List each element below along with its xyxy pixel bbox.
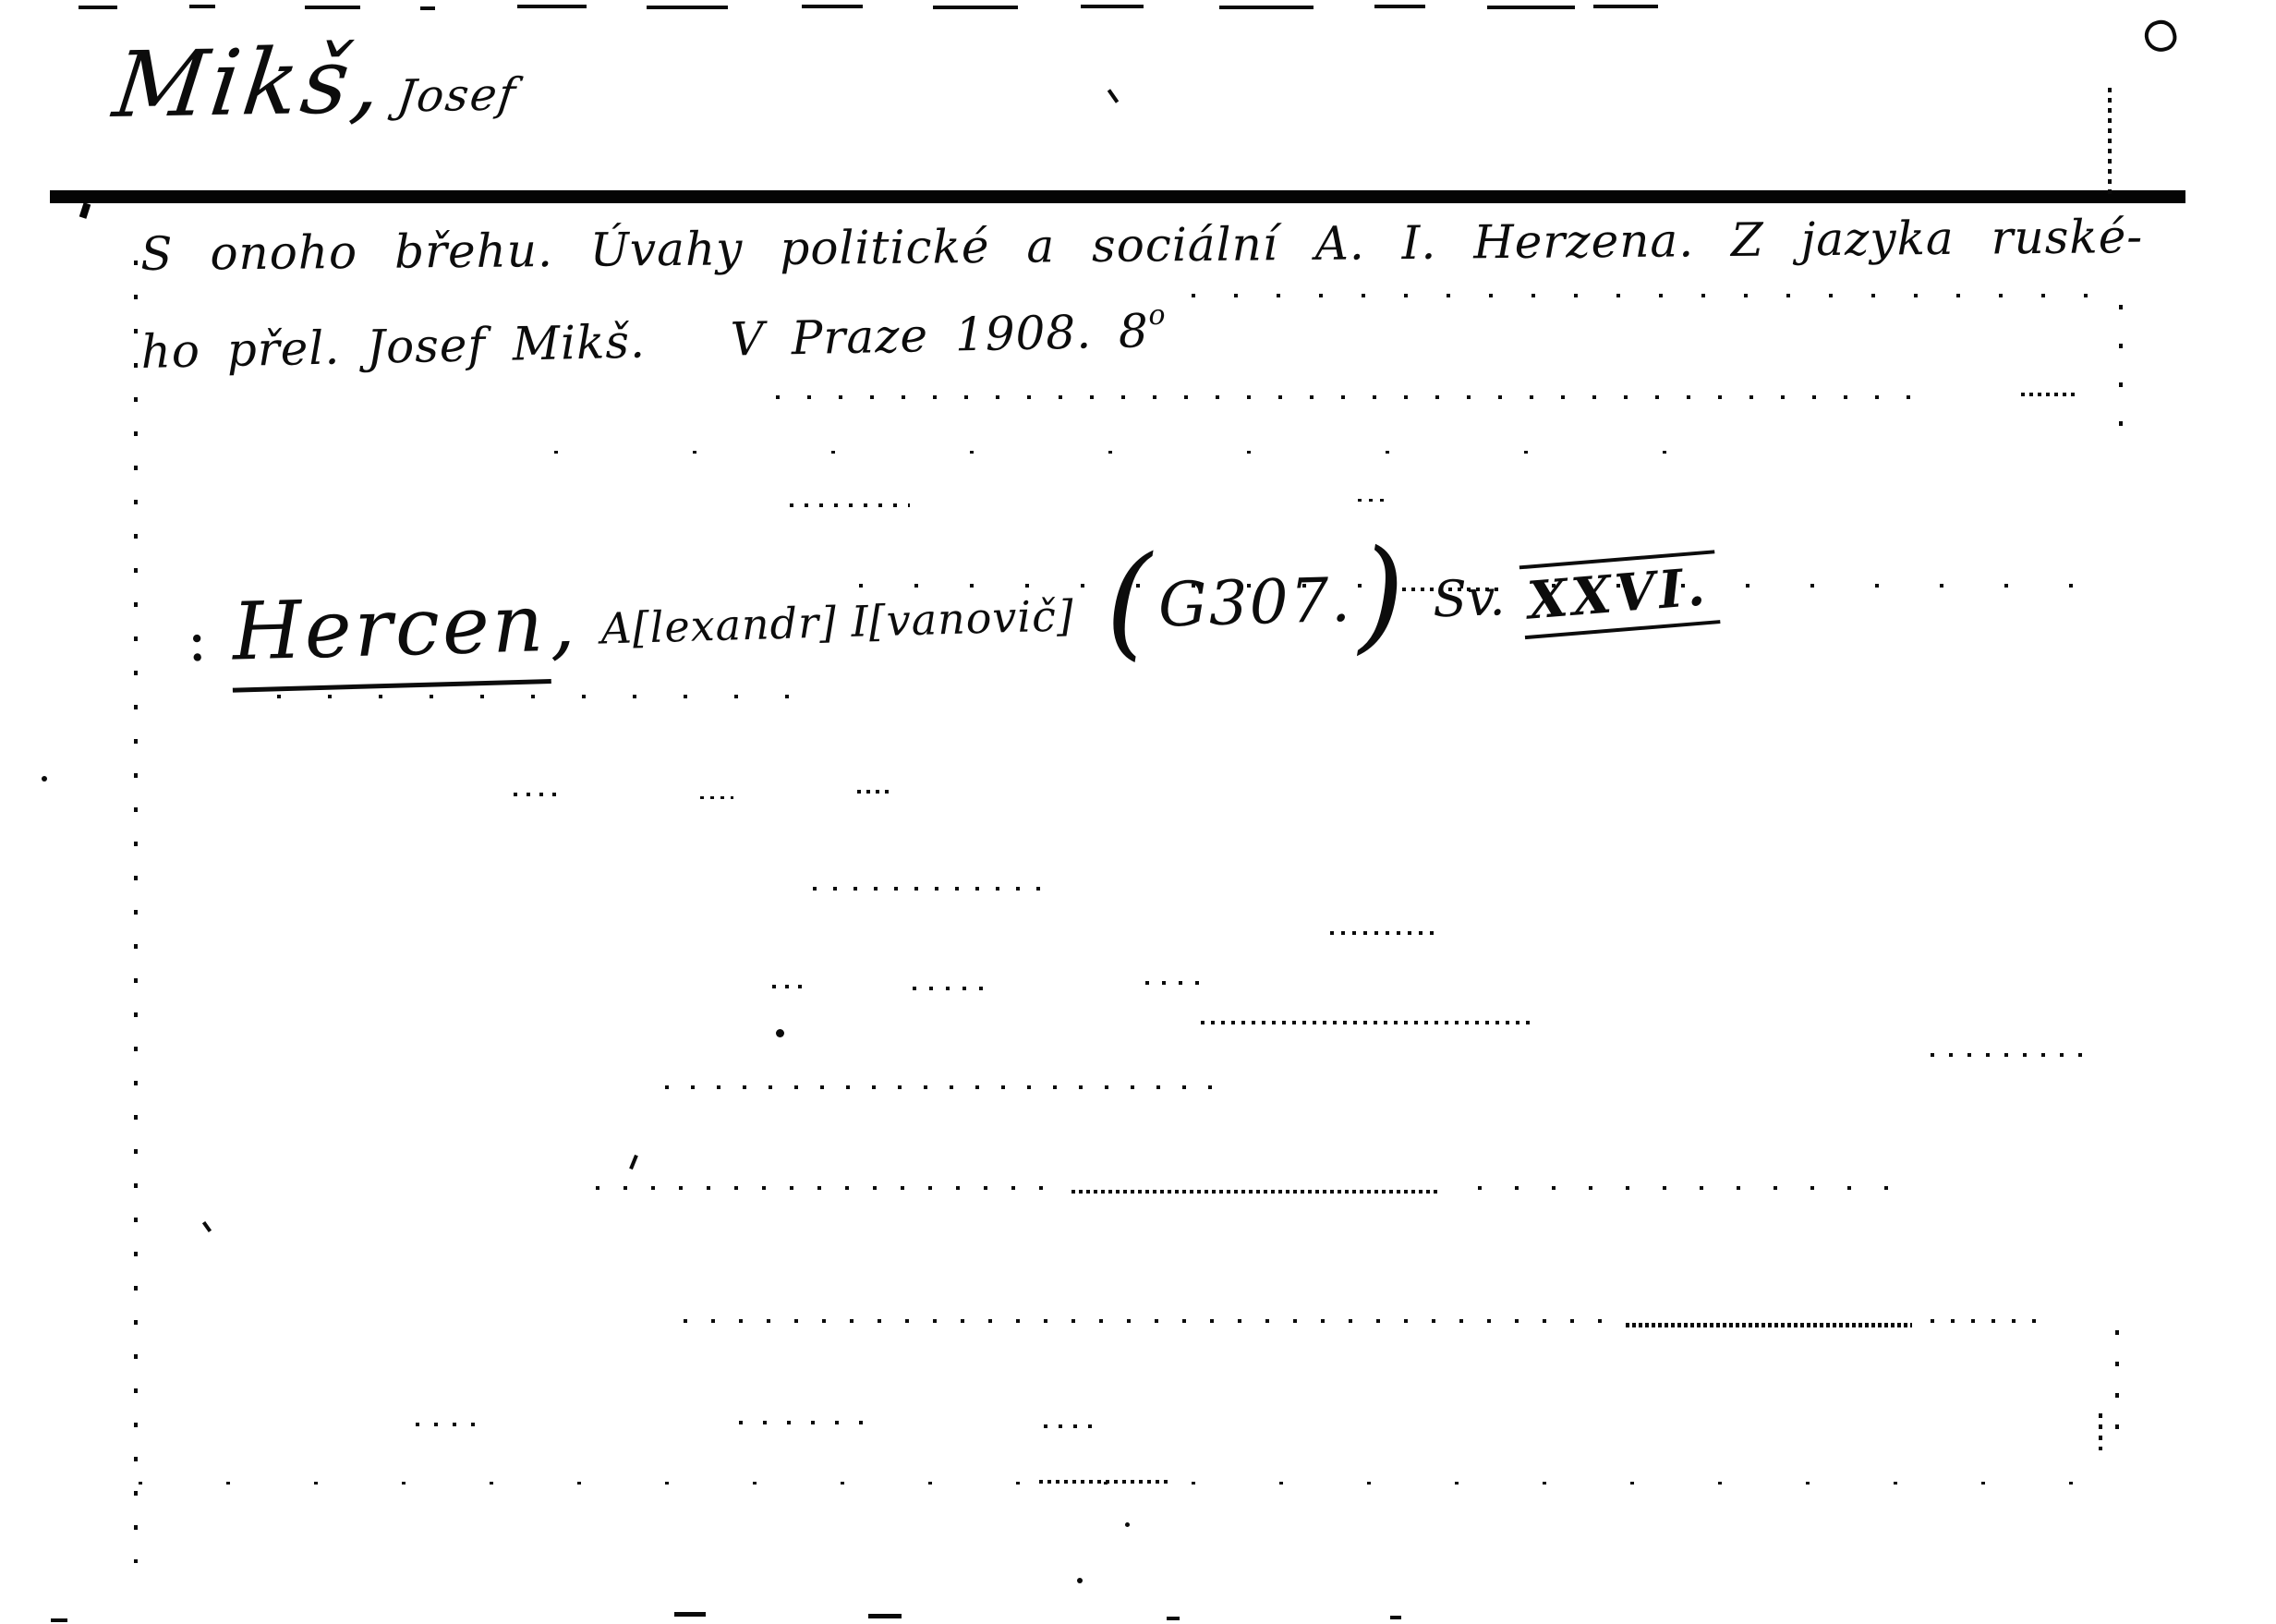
noise-dotted-vline xyxy=(2119,305,2123,434)
noise-dash xyxy=(79,6,117,9)
noise-dot xyxy=(42,776,47,782)
header-rule xyxy=(50,190,2185,203)
shelfmark-paren-open: ( xyxy=(1105,601,1152,602)
noise-dash xyxy=(674,1612,706,1617)
noise-dotted-line xyxy=(776,395,1921,399)
reference-given-names: A[lexandr] I[vanovič] xyxy=(600,590,1075,653)
noise-dotted-line xyxy=(2021,393,2075,396)
noise-dotted-line xyxy=(1039,1480,1168,1484)
noise-dotted-line xyxy=(739,1421,878,1424)
noise-dash xyxy=(1593,5,1658,8)
reference-line: : Hercen, A[lexandr] I[vanovič] (G307.) … xyxy=(186,545,1719,694)
noise-dash xyxy=(1374,5,1425,8)
noise-dotted-line xyxy=(1626,1323,1912,1327)
noise-dotted-line xyxy=(514,793,562,796)
noise-dotted-line xyxy=(857,790,894,794)
entry-line-2: ho přel. Josef Mikš.V Praze 1908. 8o xyxy=(140,304,1167,379)
noise-dotted-line xyxy=(1330,931,1441,935)
noise-dotted-line xyxy=(1931,1053,2088,1057)
noise-dotted-line xyxy=(1201,1021,1533,1024)
entry-line2-main: ho přel. Josef Mikš. xyxy=(140,315,646,379)
noise-dotted-vline xyxy=(2115,1330,2119,1441)
noise-dash xyxy=(420,6,435,10)
noise-dotted-line xyxy=(913,987,983,990)
noise-tick-mark xyxy=(202,1221,212,1232)
reference-name-comma: , xyxy=(549,576,576,670)
noise-dotted-line xyxy=(790,503,910,507)
noise-dot xyxy=(776,1029,784,1037)
shelfmark-paren-close: ) xyxy=(1357,594,1404,595)
noise-dash xyxy=(868,1614,902,1618)
entry-line2-imprint: V Praze 1908. 8o xyxy=(730,304,1167,367)
noise-dash xyxy=(189,5,215,8)
noise-dot xyxy=(1077,1578,1083,1583)
noise-dash xyxy=(647,6,728,9)
noise-tick-mark xyxy=(1108,89,1119,103)
noise-dotted-line xyxy=(554,451,1672,454)
noise-dotted-vline xyxy=(2108,88,2112,197)
noise-dotted-line xyxy=(1145,981,1201,985)
noise-dotted-line xyxy=(1071,1190,1441,1194)
noise-dash xyxy=(517,5,587,8)
noise-dash xyxy=(51,1618,67,1622)
noise-dotted-line xyxy=(684,1319,1607,1323)
noise-dash xyxy=(1219,6,1314,9)
catalog-card-scan: Mikš,Josef S onoho břehu. Úvahy politick… xyxy=(0,0,2276,1624)
noise-dash xyxy=(1081,5,1144,8)
noise-dotted-line xyxy=(1192,294,2097,297)
noise-dash xyxy=(1390,1616,1401,1619)
noise-dotted-vline xyxy=(2099,1413,2102,1450)
heading-forename: Josef xyxy=(394,68,520,122)
header-rule-tail xyxy=(79,202,91,219)
noise-dash xyxy=(1487,6,1575,9)
noise-dotted-line xyxy=(1044,1424,1099,1428)
card-heading: Mikš,Josef xyxy=(109,33,524,131)
series-number: XXVI. xyxy=(1519,550,1720,639)
noise-dash xyxy=(802,5,863,8)
noise-dotted-line xyxy=(813,887,1044,891)
noise-dotted-line xyxy=(1478,1186,1903,1190)
noise-dotted-line xyxy=(700,796,733,799)
noise-dotted-line xyxy=(139,1482,2125,1485)
noise-curl-mark xyxy=(2141,17,2180,55)
shelfmark: G307. xyxy=(1152,564,1359,641)
noise-dotted-vline xyxy=(134,261,138,1563)
entry-line-1: S onoho břehu. Úvahy politické a sociáln… xyxy=(140,210,2143,281)
noise-dotted-line xyxy=(416,1423,480,1426)
noise-dot xyxy=(1125,1522,1130,1527)
noise-dotted-line xyxy=(1358,499,1386,502)
noise-dotted-line xyxy=(1931,1319,2046,1323)
reference-colon: : xyxy=(186,606,208,675)
noise-dash xyxy=(305,6,360,9)
noise-slash-mark xyxy=(629,1155,638,1170)
noise-dash xyxy=(1167,1617,1180,1620)
heading-surname: Mikš, xyxy=(108,29,392,139)
noise-dotted-line xyxy=(596,1186,1058,1190)
noise-dash xyxy=(933,6,1018,9)
series-label: Sv. xyxy=(1432,568,1506,628)
noise-dotted-line xyxy=(772,985,807,988)
noise-dotted-line xyxy=(277,695,831,698)
noise-dotted-line xyxy=(665,1085,1219,1089)
entry-format: 8o xyxy=(1118,304,1167,358)
reference-name: Hercen xyxy=(229,577,551,693)
